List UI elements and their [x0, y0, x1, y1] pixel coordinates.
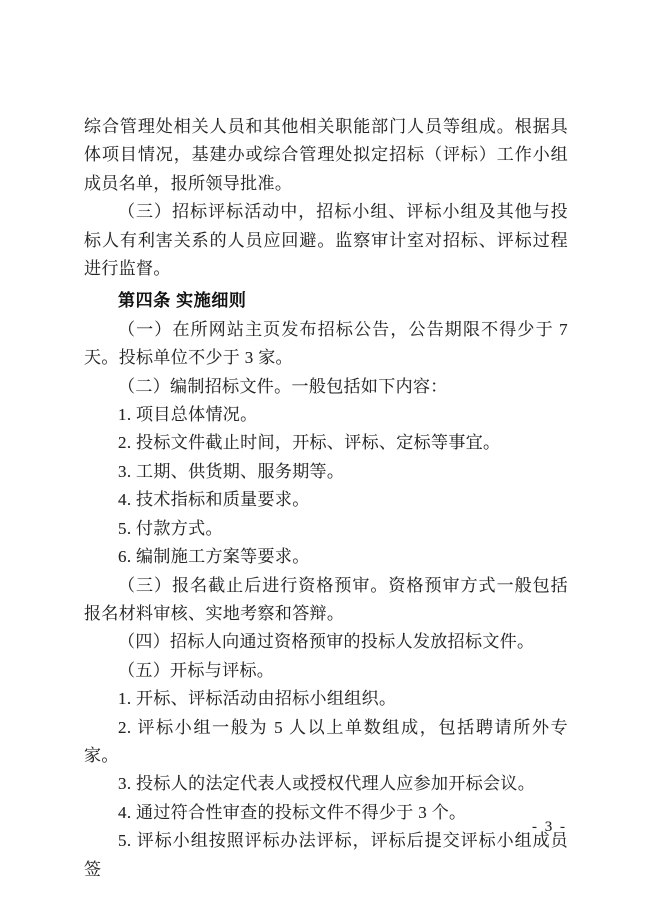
paragraph: 3. 工期、供货期、服务期等。 — [84, 458, 568, 486]
paragraph: （二）编制招标文件。一般包括如下内容： — [84, 373, 568, 401]
paragraph: （三）报名截止后进行资格预审。资格预审方式一般包括报名材料审核、实地考察和答辩。 — [84, 572, 568, 629]
paragraph: （三）招标评标活动中，招标小组、评标小组及其他与投标人有利害关系的人员应回避。监… — [84, 198, 568, 283]
paragraph: 2. 投标文件截止时间，开标、评标、定标等事宜。 — [84, 429, 568, 457]
paragraph: 5. 评标小组按照评标办法评标，评标后提交评标小组成员签 — [84, 827, 568, 884]
paragraph: 6. 编制施工方案等要求。 — [84, 543, 568, 571]
paragraph: 2. 评标小组一般为 5 人以上单数组成，包括聘请所外专家。 — [84, 714, 568, 771]
paragraph: 1. 项目总体情况。 — [84, 401, 568, 429]
document-page: 综合管理处相关人员和其他相关职能部门人员等组成。根据具体项目情况，基建办或综合管… — [0, 0, 650, 919]
document-body: 综合管理处相关人员和其他相关职能部门人员等组成。根据具体项目情况，基建办或综合管… — [84, 113, 568, 884]
paragraph: 5. 付款方式。 — [84, 515, 568, 543]
paragraph: （四）招标人向通过资格预审的投标人发放招标文件。 — [84, 628, 568, 656]
paragraph: 3. 投标人的法定代表人或授权代理人应参加开标会议。 — [84, 770, 568, 798]
paragraph: （一）在所网站主页发布招标公告，公告期限不得少于 7 天。投标单位不少于 3 家… — [84, 316, 568, 373]
paragraph: 4. 技术指标和质量要求。 — [84, 486, 568, 514]
page-number: - 3 - — [532, 819, 567, 836]
paragraph: 1. 开标、评标活动由招标小组组织。 — [84, 685, 568, 713]
paragraph: 4. 通过符合性审查的投标文件不得少于 3 个。 — [84, 799, 568, 827]
paragraph: （五）开标与评标。 — [84, 657, 568, 685]
section-heading: 第四条 实施细则 — [84, 287, 568, 315]
paragraph: 综合管理处相关人员和其他相关职能部门人员等组成。根据具体项目情况，基建办或综合管… — [84, 113, 568, 198]
